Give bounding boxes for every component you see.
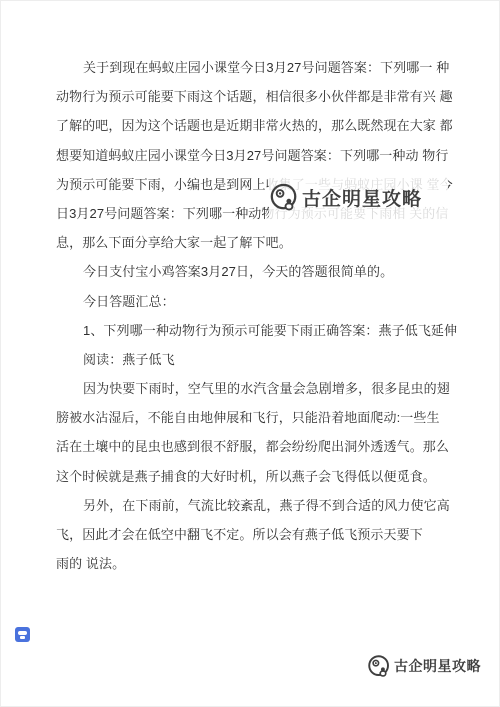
- text-line: 了解的吧，因为这个话题也是近期非常火热的，那么既然现在大家 都: [1, 111, 500, 140]
- watermark-bottom-label: 古企明星攻略: [394, 656, 481, 676]
- text-line: 因为快要下雨时，空气里的水汽含量会急剧增多，很多昆虫的翅: [1, 374, 500, 403]
- text-line: 今日支付宝小鸡答案3月27日，今天的答题很简单的。: [1, 257, 500, 286]
- watermark-bottom: 古企明星攻略: [367, 651, 481, 681]
- panda-face-logo-icon: [367, 653, 391, 679]
- text-line: 想要知道蚂蚁庄园小课堂今日3月27号问题答案：下列哪一种动 物行: [1, 141, 500, 170]
- text-line: 另外，在下雨前，气流比较紊乱，燕子得不到合适的风力使它高: [1, 491, 500, 520]
- blue-badge-icon: [15, 627, 30, 642]
- text-line: 这个时候就是燕子捕食的大好时机，所以燕子会飞得低以便觅食。: [1, 462, 500, 491]
- text-line: 息，那么下面分享给大家一起了解下吧。: [1, 228, 500, 257]
- text-line: 关于到现在蚂蚁庄园小课堂今日3月27号问题答案：下列哪一 种: [1, 53, 500, 82]
- text-line: 1、下列哪一种动物行为预示可能要下雨正确答案：燕子低飞延伸: [1, 316, 500, 345]
- watermark-label: 古企明星攻略: [302, 184, 422, 211]
- article-body: 关于到现在蚂蚁庄园小课堂今日3月27号问题答案：下列哪一 种动物行为预示可能要下…: [1, 53, 500, 578]
- article-page: { "page": { "background": "#ffffff", "te…: [0, 0, 500, 707]
- text-line: 雨的 说法。: [1, 549, 500, 578]
- text-line: 阅读：燕子低飞: [1, 345, 500, 374]
- text-line: 膀被水沾湿后，不能自由地伸展和飞行，只能沿着地面爬动:一些生: [1, 403, 500, 432]
- watermark: 古企明星攻略: [269, 169, 448, 225]
- text-line: 活在土壤中的昆虫也感到很不舒服，都会纷纷爬出洞外透透气。那么: [1, 432, 500, 461]
- text-line: 飞，因此才会在低空中翻飞不定。所以会有燕子低飞预示天要下: [1, 520, 500, 549]
- text-line: 动物行为预示可能要下雨这个话题，相信很多小伙伴都是非常有兴 趣: [1, 82, 500, 111]
- panda-face-logo-icon: [269, 181, 299, 213]
- text-line: 今日答题汇总：: [1, 287, 500, 316]
